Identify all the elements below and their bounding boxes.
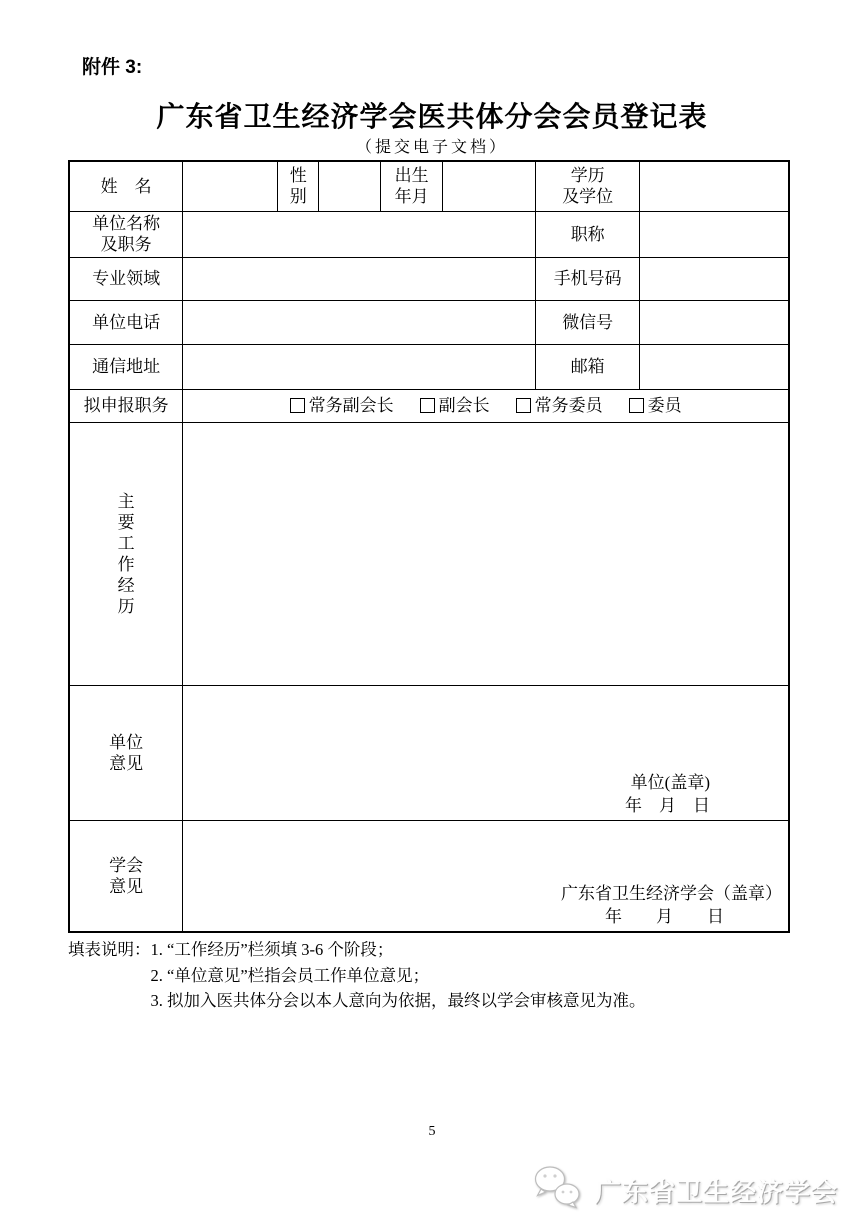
table-row: 单位名称 及职务 职称 [69, 211, 789, 257]
table-row: 姓 名 性 别 出生 年月 学历 及学位 [69, 161, 789, 211]
gender-value-cell[interactable] [319, 161, 381, 211]
note-item-2: 2. “单位意见”栏指会员工作单位意见； [151, 963, 646, 989]
checkbox-icon[interactable] [290, 398, 305, 413]
birth-label-line1: 出生 [381, 165, 442, 186]
option-label: 常务副会长 [309, 395, 394, 416]
specialty-value-cell[interactable] [183, 257, 536, 300]
note-item-1: 1. “工作经历”栏须填 3-6 个阶段； [151, 937, 646, 963]
notes-label: 填表说明： [68, 937, 151, 1014]
work-experience-label: 主 要 工 作 经 历 [69, 422, 183, 685]
education-label-line1: 学历 [536, 165, 639, 186]
page-subtitle: （提交电子文档） [0, 134, 864, 157]
unit-date-line: 年 月 日 [183, 794, 710, 817]
society-date-line: 年 月 日 [183, 905, 788, 928]
education-degree-label: 学历 及学位 [536, 161, 640, 211]
birth-date-label: 出生 年月 [381, 161, 443, 211]
society-opinion-area[interactable]: 广东省卫生经济学会（盖章） 年 月 日 [183, 820, 789, 932]
unit-opinion-line1: 单位 [70, 732, 182, 753]
society-signature-block: 广东省卫生经济学会（盖章） 年 月 日 [183, 882, 788, 931]
name-label: 姓 名 [69, 161, 183, 211]
option-label: 常务委员 [535, 395, 603, 416]
birth-label-line2: 年月 [381, 186, 442, 207]
checkbox-icon[interactable] [629, 398, 644, 413]
position-applied-label: 拟申报职务 [69, 389, 183, 422]
professional-title-value-cell[interactable] [640, 211, 789, 257]
mobile-label: 手机号码 [536, 257, 640, 300]
attachment-label: 附件 3: [82, 52, 142, 79]
page-title: 广东省卫生经济学会医共体分会会员登记表 [0, 95, 864, 135]
work-experience-area[interactable] [183, 422, 789, 685]
page-number: 5 [0, 1124, 864, 1140]
footer-watermark: 广东省卫生经济学会 [533, 1166, 838, 1214]
education-label-line2: 及学位 [536, 186, 639, 207]
unit-label-line1: 单位名称 [70, 213, 182, 234]
gender-label-line2: 别 [278, 186, 318, 207]
unit-seal-line: 单位(盖章) [183, 771, 710, 794]
vertical-char: 经 [70, 575, 182, 596]
unit-opinion-label: 单位 意见 [69, 685, 183, 820]
table-row: 拟申报职务 常务副会长 副会长 常务委员 委员 [69, 389, 789, 422]
unit-signature-block: 单位(盖章) 年 月 日 [183, 771, 788, 820]
vertical-char: 主 [70, 491, 182, 512]
society-opinion-line1: 学会 [70, 855, 182, 876]
specialty-label: 专业领域 [69, 257, 183, 300]
society-opinion-line2: 意见 [70, 876, 182, 897]
vertical-char: 工 [70, 533, 182, 554]
option-label: 副会长 [439, 395, 490, 416]
gender-label: 性 别 [278, 161, 319, 211]
option-executive-member[interactable]: 常务委员 [516, 395, 603, 416]
checkbox-icon[interactable] [420, 398, 435, 413]
unit-label-line2: 及职务 [70, 234, 182, 255]
note-item-3: 3. 拟加入医共体分会以本人意向为依据，最终以学会审核意见为准。 [151, 988, 646, 1014]
birth-value-cell[interactable] [443, 161, 536, 211]
table-row: 学会 意见 广东省卫生经济学会（盖章） 年 月 日 [69, 820, 789, 932]
table-row: 单位 意见 单位(盖章) 年 月 日 [69, 685, 789, 820]
position-options-row: 常务副会长 副会长 常务委员 委员 [183, 395, 788, 416]
option-executive-vice-president[interactable]: 常务副会长 [290, 395, 394, 416]
position-options-cell: 常务副会长 副会长 常务委员 委员 [183, 389, 789, 422]
unit-opinion-line2: 意见 [70, 753, 182, 774]
society-seal-line: 广东省卫生经济学会（盖章） [183, 882, 788, 905]
option-member[interactable]: 委员 [629, 395, 682, 416]
address-label: 通信地址 [69, 344, 183, 389]
notes-items: 1. “工作经历”栏须填 3-6 个阶段； 2. “单位意见”栏指会员工作单位意… [151, 937, 646, 1014]
wechat-id-label: 微信号 [536, 300, 640, 344]
unit-opinion-area[interactable]: 单位(盖章) 年 月 日 [183, 685, 789, 820]
table-row: 通信地址 邮箱 [69, 344, 789, 389]
mobile-value-cell[interactable] [640, 257, 789, 300]
wechat-id-value-cell[interactable] [640, 300, 789, 344]
unit-phone-label: 单位电话 [69, 300, 183, 344]
form-notes: 填表说明： 1. “工作经历”栏须填 3-6 个阶段； 2. “单位意见”栏指会… [68, 937, 808, 1014]
unit-name-position-label: 单位名称 及职务 [69, 211, 183, 257]
unit-phone-value-cell[interactable] [183, 300, 536, 344]
unit-name-value-cell[interactable] [183, 211, 536, 257]
option-label: 委员 [648, 395, 682, 416]
footer-brand-text: 广东省卫生经济学会 [595, 1172, 838, 1209]
option-vice-president[interactable]: 副会长 [420, 395, 490, 416]
professional-title-label: 职称 [536, 211, 640, 257]
checkbox-icon[interactable] [516, 398, 531, 413]
email-label: 邮箱 [536, 344, 640, 389]
vertical-char: 要 [70, 512, 182, 533]
gender-label-line1: 性 [278, 165, 318, 186]
vertical-char: 历 [70, 596, 182, 617]
table-row: 单位电话 微信号 [69, 300, 789, 344]
address-value-cell[interactable] [183, 344, 536, 389]
vertical-char: 作 [70, 554, 182, 575]
email-value-cell[interactable] [640, 344, 789, 389]
society-opinion-label: 学会 意见 [69, 820, 183, 932]
wechat-icon [533, 1165, 585, 1216]
name-value-cell[interactable] [183, 161, 278, 211]
table-row: 专业领域 手机号码 [69, 257, 789, 300]
table-row: 主 要 工 作 经 历 [69, 422, 789, 685]
education-value-cell[interactable] [640, 161, 789, 211]
member-registration-table: 姓 名 性 别 出生 年月 学历 及学位 单位名称 及职务 职称 专业领域 手机… [68, 160, 790, 933]
